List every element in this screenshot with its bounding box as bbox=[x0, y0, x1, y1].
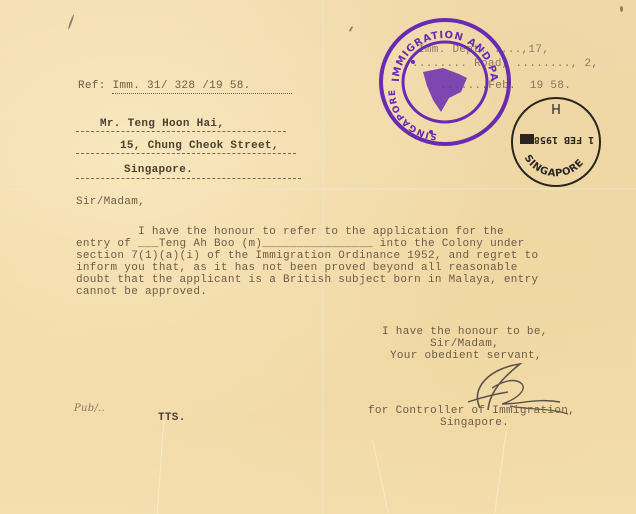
closing-line-1: I have the honour to be, bbox=[382, 326, 548, 338]
reference-underline bbox=[112, 93, 292, 94]
handwritten-initials: Pub/.. bbox=[74, 403, 105, 414]
paper-crease bbox=[372, 441, 388, 514]
typist-reference: TTS. bbox=[158, 412, 186, 424]
paper-mark bbox=[349, 26, 354, 32]
recipient-address-underline bbox=[76, 153, 296, 154]
body-line-6: cannot be approved. bbox=[76, 286, 207, 298]
body-line-5: doubt that the applicant is a British su… bbox=[76, 274, 538, 286]
paper-mark bbox=[67, 14, 74, 30]
reference-line: Ref: Imm. 31/ 328 /19 58. bbox=[78, 80, 251, 92]
svg-text:SINGAPORE: SINGAPORE bbox=[522, 153, 586, 179]
body-line-4: inform you that, as it has not been prov… bbox=[76, 262, 518, 274]
recipient-name-underline bbox=[76, 131, 286, 132]
recipient-address: 15, Chung Cheok Street, bbox=[120, 140, 279, 152]
recipient-name: Mr. Teng Hoon Hai, bbox=[100, 118, 224, 130]
horizontal-fold-line bbox=[0, 188, 636, 190]
paper-mark bbox=[620, 6, 623, 12]
recipient-city: Singapore. bbox=[124, 164, 193, 176]
postmark-stamp: H 1 FEB 1958 SINGAPORE bbox=[508, 92, 604, 188]
recipient-city-underline bbox=[76, 178, 301, 179]
paper-crease bbox=[157, 420, 165, 514]
paper-crease bbox=[494, 430, 507, 513]
immigration-seal-stamp: IMMIGRATION AND PASSPORTS SINGAPORE bbox=[377, 16, 513, 148]
body-line-2: entry of ___Teng Ah Boo (m)_____________… bbox=[76, 238, 525, 250]
scanned-letter: Ref: Imm. 31/ 328 /19 58. Imm. Dept. ...… bbox=[0, 0, 636, 514]
seal-emblem-icon bbox=[423, 68, 467, 112]
signatory-line-1: for Controller of Immigration, bbox=[368, 405, 575, 417]
postmark-letter: H bbox=[551, 103, 561, 118]
body-line-1: I have the honour to refer to the applic… bbox=[76, 226, 504, 238]
postmark-bottom-text: SINGAPORE bbox=[522, 153, 586, 179]
postmark-date: 1 FEB 1958 bbox=[534, 134, 594, 145]
closing-line-2: Sir/Madam, bbox=[430, 338, 499, 350]
signatory-line-2: Singapore. bbox=[440, 417, 509, 429]
body-line-3: section 7(1)(a)(i) of the Immigration Or… bbox=[76, 250, 538, 262]
salutation: Sir/Madam, bbox=[76, 196, 145, 208]
